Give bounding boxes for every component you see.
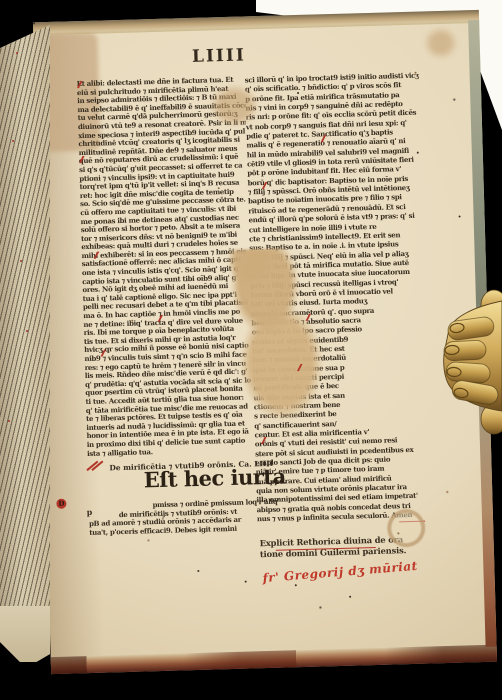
foxing-speckles [33, 22, 35, 24]
facing-page-red-specks [0, 12, 2, 14]
chapter-initial: D [56, 499, 66, 509]
text-column-left: Et alibi: delectasti me dñe in factura t… [77, 75, 256, 462]
recto-page: LIIII R Et alibi: delectasti me dñe in f… [33, 10, 497, 674]
page-top-edge [33, 10, 479, 35]
ownership-inscription: fr' Gregorij dʒ mūriat [262, 559, 418, 585]
left-footer-lines: pmissa ⁊ ordinē pmissum loq'r aliq'de mi… [88, 498, 279, 538]
page-bottom-edge [51, 645, 497, 674]
photo-stage: LIIII R Et alibi: delectasti me dñe in f… [0, 0, 502, 700]
rubric-paraph-mark [91, 459, 105, 471]
chapter-heading: Eſt hec iurta [143, 463, 286, 492]
facing-page-edge [0, 12, 50, 662]
corner-stain [417, 20, 464, 65]
brass-clasp [441, 289, 502, 437]
folio-number: LIIII [192, 45, 246, 66]
